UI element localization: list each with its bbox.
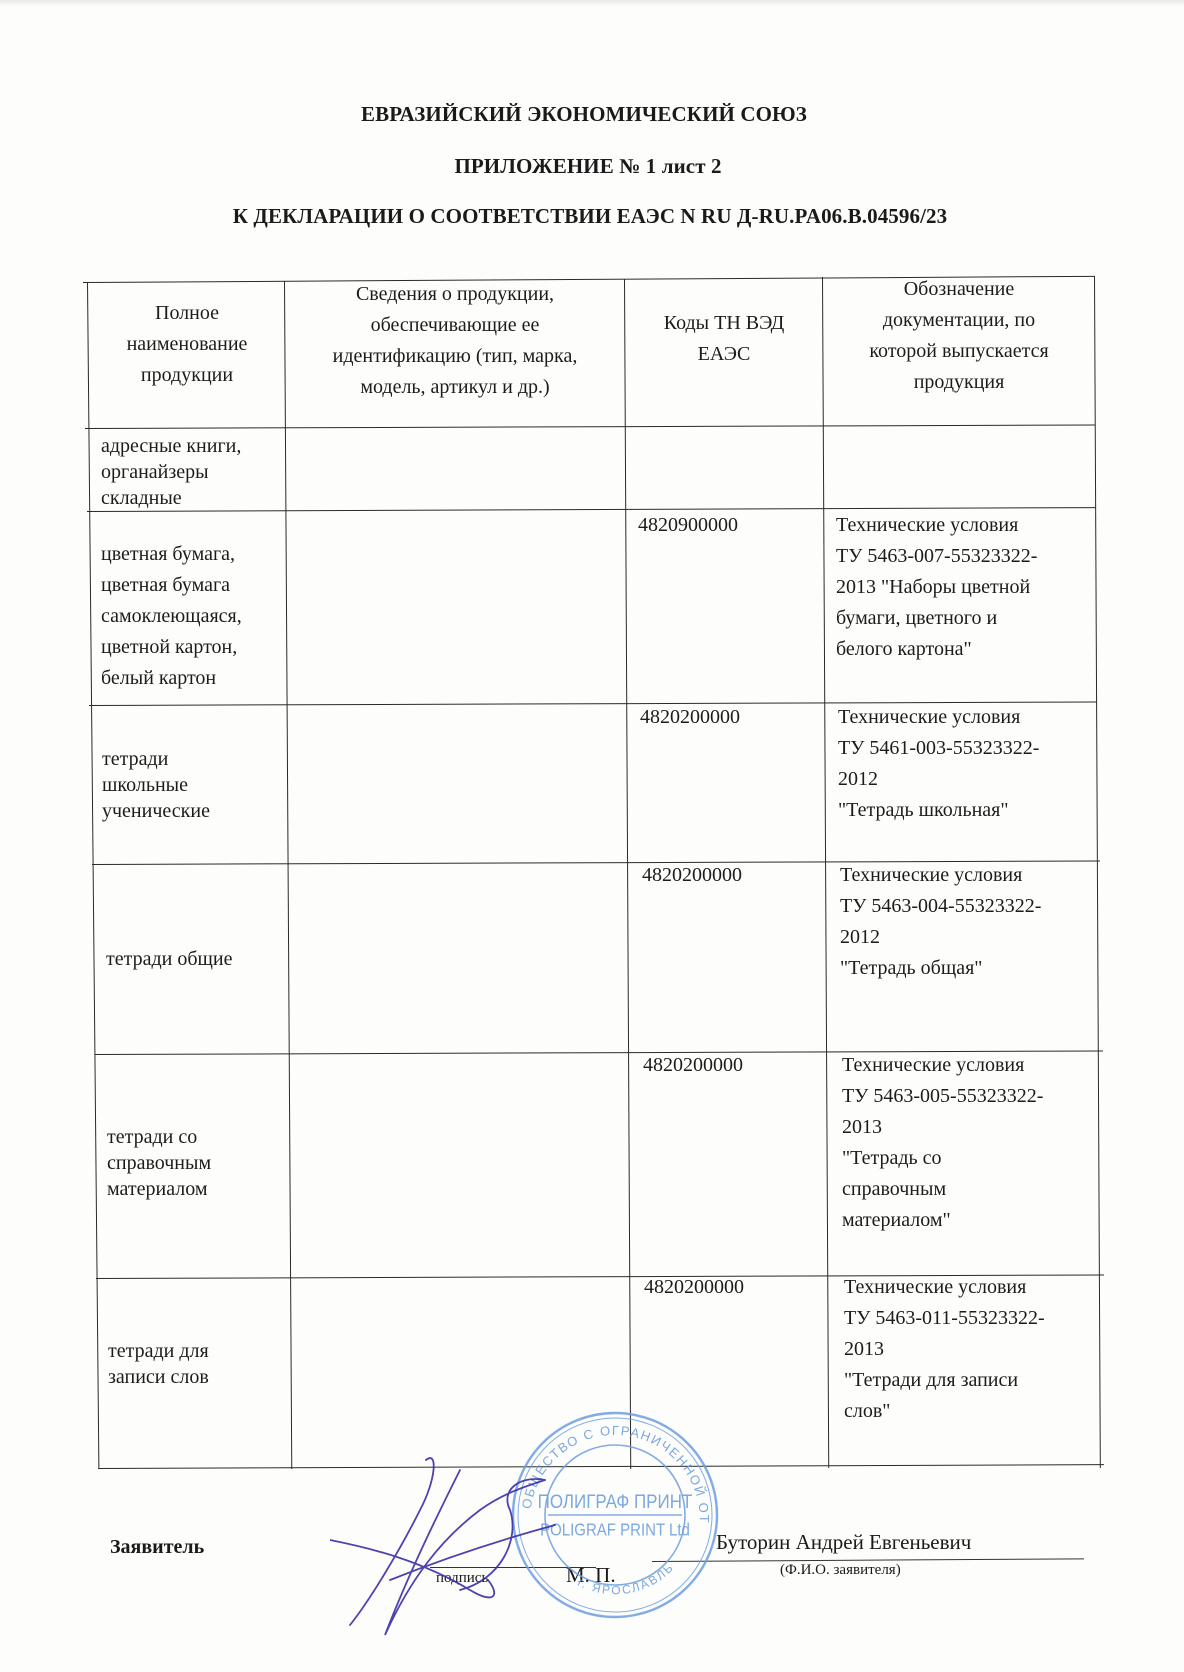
column-header-identification: Сведения о продукции, обеспечивающие ее …	[286, 279, 624, 403]
row-4-documentation: Технические условия ТУ 5463-004-55323322…	[840, 860, 1098, 984]
handwritten-signature	[330, 1440, 560, 1650]
row-6-documentation: Технические условия ТУ 5463-011-55323322…	[844, 1272, 1102, 1427]
row-6-hs-code: 4820200000	[644, 1272, 744, 1303]
name-caption: (Ф.И.О. заявителя)	[780, 1562, 901, 1579]
table-rule	[85, 424, 1095, 429]
row-4-product-name: тетради общие	[106, 944, 286, 975]
column-header-documentation: Обозначение документации, по которой вып…	[824, 274, 1094, 398]
row-5-product-name: тетради со справочным материалом	[107, 1124, 287, 1202]
union-title: ЕВРАЗИЙСКИЙ ЭКОНОМИЧЕСКИЙ СОЮЗ	[0, 102, 1176, 127]
seal-city: г. ЯРОСЛАВЛЬ	[576, 1560, 678, 1598]
row-5-documentation: Технические условия ТУ 5463-005-55323322…	[842, 1050, 1100, 1236]
column-divider	[284, 281, 293, 1469]
table-border-left	[87, 282, 100, 1468]
seal-name-ru: ПОЛИГРАФ ПРИНТ	[538, 1490, 693, 1512]
column-divider	[624, 279, 632, 1469]
row-2-documentation: Технические условия ТУ 5463-007-55323322…	[836, 510, 1094, 665]
row-3-documentation: Технические условия ТУ 5461-003-55323322…	[838, 702, 1096, 826]
applicant-label: Заявитель	[110, 1536, 204, 1559]
row-2-product-name: цветная бумага, цветная бумага самоклеющ…	[101, 539, 281, 694]
appendix-title: ПРИЛОЖЕНИЕ № 1 лист 2	[0, 154, 1180, 179]
row-6-product-name: тетради для записи слов	[108, 1338, 288, 1390]
row-4-hs-code: 4820200000	[642, 860, 742, 891]
declaration-title: К ДЕКЛАРАЦИИ О СООТВЕТСТВИИ ЕАЭС N RU Д-…	[0, 204, 1182, 229]
row-1-product-name: адресные книги, органайзеры складные	[101, 433, 281, 511]
row-2-hs-code: 4820900000	[638, 510, 738, 541]
applicant-name: Буторин Андрей Евгеньевич	[716, 1530, 971, 1555]
row-3-product-name: тетради школьные ученические	[102, 746, 282, 824]
svg-text:г. ЯРОСЛАВЛЬ: г. ЯРОСЛАВЛЬ	[576, 1560, 678, 1598]
row-5-hs-code: 4820200000	[643, 1050, 743, 1081]
seal-name-en: POLIGRAF PRINT Ltd	[540, 1521, 690, 1540]
row-3-hs-code: 4820200000	[640, 702, 740, 733]
column-header-name: Полное наименование продукции	[90, 298, 284, 391]
column-header-hs-codes: Коды ТН ВЭД ЕАЭС	[626, 308, 822, 370]
column-divider	[822, 277, 830, 1468]
scan-top-edge	[0, 0, 1184, 6]
